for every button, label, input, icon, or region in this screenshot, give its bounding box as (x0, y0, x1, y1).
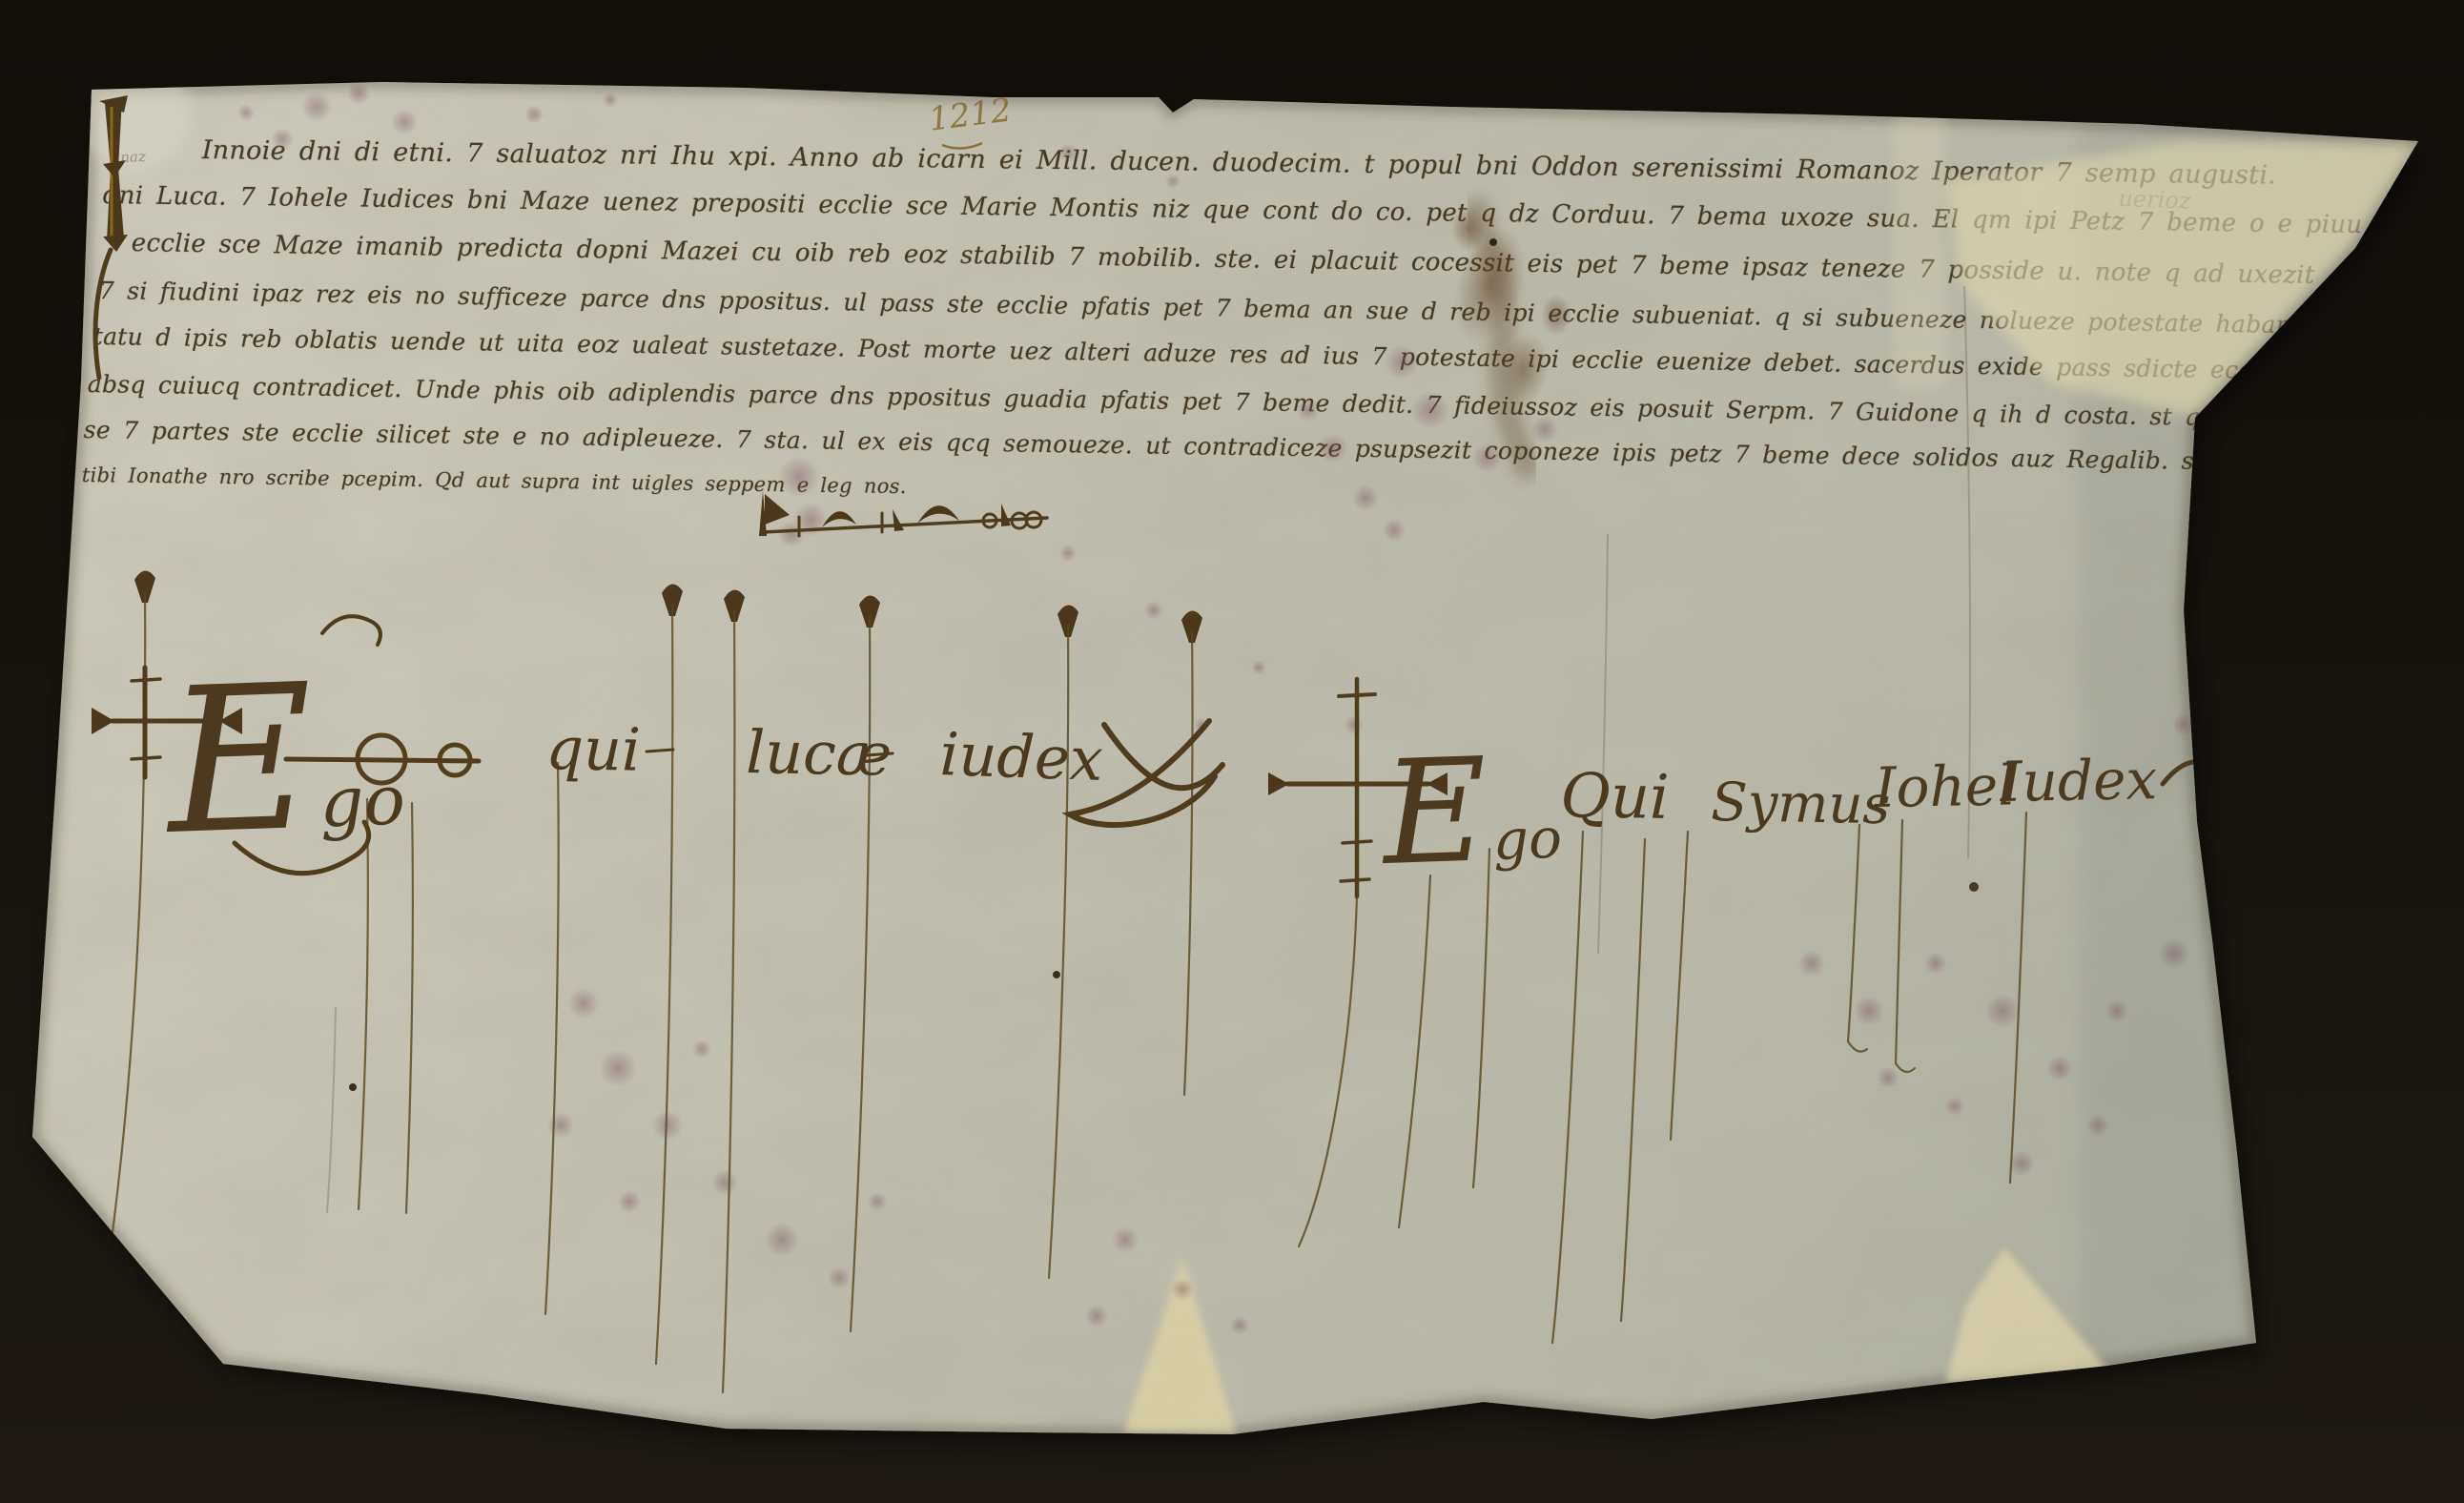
date-annotation-1212: 1212 (927, 91, 1014, 138)
text-line-4: 7 si fiudini ipaz rez eis no sufficeze p… (99, 277, 2464, 342)
signum-cross-right (1268, 679, 1448, 896)
manuscript-text-block: Innoie dni di etni. 7 saluatoz nri Ihu x… (0, 0, 2464, 1503)
parchment-texture (0, 0, 2464, 1503)
signature-word: lucæ (746, 717, 893, 790)
iudex-x-flourish (1070, 721, 1222, 825)
signature-end-flourish (2163, 760, 2302, 786)
ego-flourish-rings (235, 616, 479, 874)
signum-cross-left (92, 668, 242, 777)
signature-word: qui (545, 713, 642, 785)
signature-right-judge: E go Qui Symus Iohel Iudex (1268, 679, 2302, 1343)
signature-word: Qui (1560, 761, 1670, 834)
repair-patches (76, 55, 2422, 1432)
signature-word: Iohel (1873, 752, 2016, 820)
signature-word: iudex (938, 719, 1104, 794)
text-line-2: dni Luca. 7 Iohele Iudices bni Maze uene… (103, 181, 2464, 241)
charter-photo: Innoie dni di etni. 7 saluatoz nri Ihu x… (0, 0, 2464, 1503)
notarial-sign (759, 491, 1047, 536)
photo-background (0, 0, 2464, 1503)
signature-word: Symus (1711, 772, 1891, 836)
decorated-initial-I (95, 95, 128, 378)
date-annotation-underline (942, 143, 982, 149)
mold-stains (237, 82, 2319, 1335)
corner-fragment: uerioz (2118, 185, 2191, 215)
signature-left-judge: E go qui lucæ iudex (92, 570, 1222, 1392)
signature-word: Iudex (1999, 747, 2158, 814)
fold-creases (327, 286, 1970, 1213)
text-line-3: ecclie sce Maze imanib predicta dopni Ma… (132, 229, 2315, 290)
text-line-1: Innoie dni di etni. 7 saluatoz nri Ihu x… (202, 135, 2277, 191)
parchment-sheet (32, 82, 2418, 1434)
interline-note: naz (120, 148, 146, 166)
parchment-base (0, 0, 2464, 1503)
signature-word-ego-left: E go (159, 637, 407, 879)
text-line-6: absq cuiucq contradicet. Unde phis oib a… (88, 370, 2464, 437)
signature-word-ego-right: E go (1377, 726, 1564, 898)
text-line-7: se 7 partes ste ecclie silicet ste e no … (84, 416, 2464, 480)
ink-and-stains-overlay: E go qui lucæ iudex (0, 0, 2464, 1503)
text-line-8: tibi Ionathe nro scribe pcepim. Qd aut s… (82, 463, 907, 498)
text-line-5: tatu d ipis reb oblatis uende ut uita eo… (93, 322, 2454, 387)
